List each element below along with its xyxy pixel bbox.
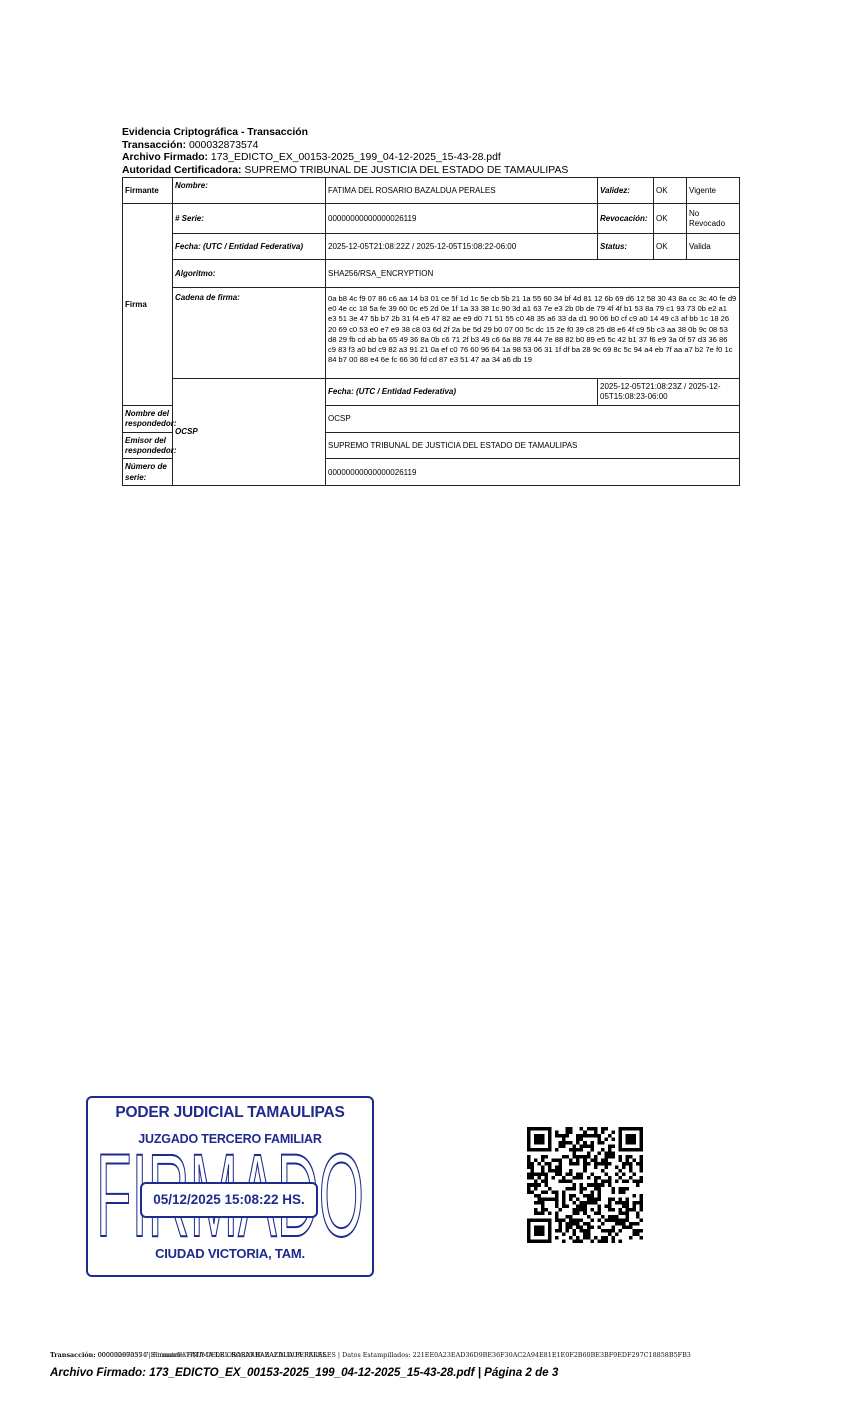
serie-value: 00000000000000026119: [326, 204, 598, 234]
stamp-city: CIUDAD VICTORIA, TAM.: [88, 1246, 372, 1261]
status-label: Status:: [598, 234, 654, 260]
table-row: Cadena de firma: 0a b8 4c f9 07 86 c6 aa…: [123, 288, 740, 379]
revocacion-ok: OK: [654, 204, 687, 234]
evidence-header: Evidencia Criptográfica - Transacción Tr…: [122, 127, 568, 177]
nombre-label: Nombre:: [173, 178, 326, 204]
table-row: Firmante Nombre: FATIMA DEL ROSARIO BAZA…: [123, 178, 740, 204]
status-value: Valida: [687, 234, 740, 260]
authority-value: SUPREMO TRIBUNAL DE JUSTICIA DEL ESTADO …: [244, 165, 568, 176]
ocsp-fecha-value: 2025-12-05T21:08:23Z / 2025-12-05T15:08:…: [598, 379, 740, 406]
serie-label: # Serie:: [173, 204, 326, 234]
nombre-value: FATIMA DEL ROSARIO BAZALDUA PERALES: [326, 178, 598, 204]
footer-transaction-label: Transacción:: [50, 1351, 96, 1359]
stamp-datetime: 05/12/2025 15:08:22 HS.: [140, 1182, 318, 1218]
respondedor-nombre-value: OCSP: [326, 405, 740, 432]
fecha-label: Fecha: (UTC / Entidad Federativa): [173, 234, 326, 260]
table-row: Algoritmo: SHA256/RSA_ENCRYPTION: [123, 260, 740, 288]
ocsp-fecha-label: Fecha: (UTC / Entidad Federativa): [326, 379, 598, 406]
footer-file-page-line: Archivo Firmado: 173_EDICTO_EX_00153-202…: [50, 1366, 558, 1379]
transaction-value: 000032873574: [189, 140, 258, 151]
algoritmo-value: SHA256/RSA_ENCRYPTION: [326, 260, 740, 288]
firmante-group-label: Firmante: [123, 178, 173, 204]
validez-status: Vigente: [687, 178, 740, 204]
transaction-label: Transacción:: [122, 140, 186, 151]
status-ok: OK: [654, 234, 687, 260]
footer-overprinted-text: 000032873574 | Firmante: FATIMA DEL ROSA…: [98, 1351, 336, 1359]
cadena-value: 0a b8 4c f9 07 86 c6 aa 14 b3 01 ce 5f 1…: [326, 288, 740, 379]
table-row: Fecha: (UTC / Entidad Federativa) 2025-1…: [123, 234, 740, 260]
cadena-label: Cadena de firma:: [173, 288, 326, 379]
table-row: Firma # Serie: 00000000000000026119 Revo…: [123, 204, 740, 234]
respondedor-emisor-value: SUPREMO TRIBUNAL DE JUSTICIA DEL ESTADO …: [326, 432, 740, 459]
authority-line: Autoridad Certificadora: SUPREMO TRIBUNA…: [122, 165, 568, 178]
footer-datos-label: | Datos Estampillados:: [336, 1351, 413, 1359]
footer-datos-value: 221EE0A23EAD36D9BE36F30AC2A94E81E1E0F2B6…: [413, 1351, 691, 1359]
qr-code-icon: [527, 1127, 643, 1243]
revocacion-status: No Revocado: [687, 204, 740, 234]
evidence-title: Evidencia Criptográfica - Transacción: [122, 127, 568, 140]
firma-group-label: Firma: [123, 204, 173, 406]
transaction-line: Transacción: 000032873574: [122, 140, 568, 153]
numero-serie-value: 00000000000000026119: [326, 459, 740, 486]
respondedor-emisor-label: Emisor del respondedor:: [123, 432, 173, 459]
stamp-institution: PODER JUDICIAL TAMAULIPAS: [88, 1104, 372, 1122]
signed-file-value: 173_EDICTO_EX_00153-2025_199_04-12-2025_…: [211, 152, 501, 163]
revocacion-label: Revocación:: [598, 204, 654, 234]
numero-serie-label: Número de serie:: [123, 459, 173, 486]
respondedor-nombre-label: Nombre del respondedor:: [123, 405, 173, 432]
fecha-value: 2025-12-05T21:08:22Z / 2025-12-05T15:08:…: [326, 234, 598, 260]
signature-stamp: PODER JUDICIAL TAMAULIPAS JUZGADO TERCER…: [86, 1096, 374, 1277]
footer-overprint-b: 00000000035 7 EimanteFATIMA DELR OSARIO …: [98, 1351, 327, 1359]
signed-file-label: Archivo Firmado:: [122, 152, 208, 163]
validez-ok: OK: [654, 178, 687, 204]
table-row: OCSP Fecha: (UTC / Entidad Federativa) 2…: [123, 379, 740, 406]
evidence-table: Firmante Nombre: FATIMA DEL ROSARIO BAZA…: [122, 177, 740, 486]
ocsp-group-label: OCSP: [173, 379, 326, 486]
footer-transaction-line: Transacción: 000032873574 | Firmante: FA…: [50, 1351, 691, 1359]
validez-label: Validez:: [598, 178, 654, 204]
algoritmo-label: Algoritmo:: [173, 260, 326, 288]
authority-label: Autoridad Certificadora:: [122, 165, 242, 176]
signed-file-line: Archivo Firmado: 173_EDICTO_EX_00153-202…: [122, 152, 568, 165]
